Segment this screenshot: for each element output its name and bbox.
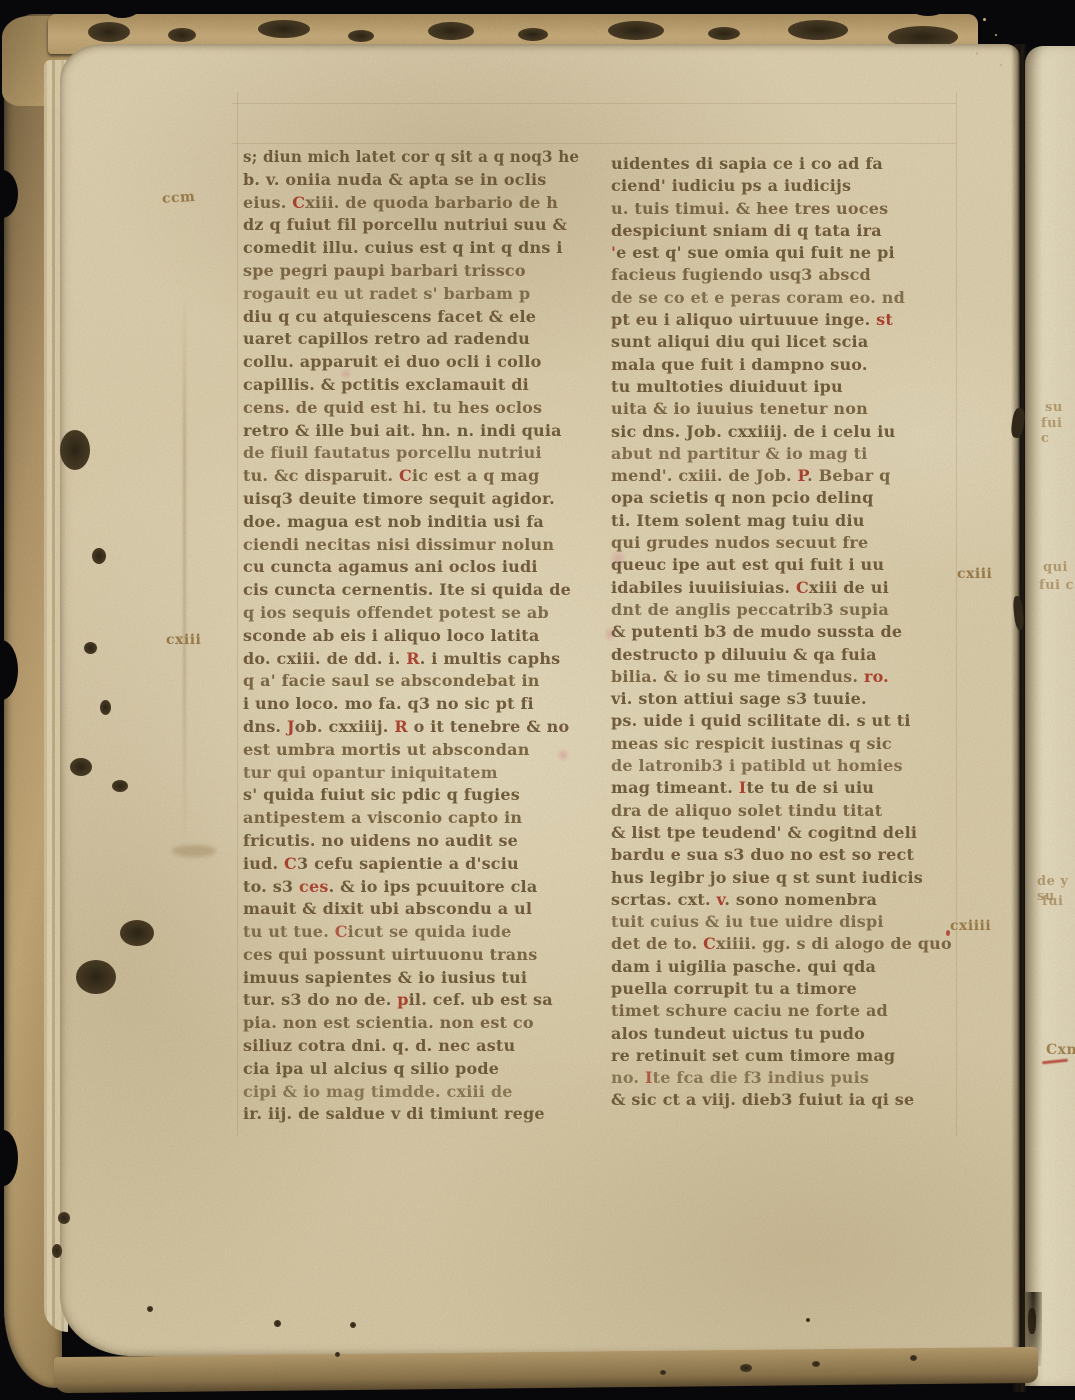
manuscript-text-line: eius. Cxiii. de quoda barbario de h <box>243 192 579 215</box>
dust-speck <box>976 52 978 55</box>
worm-damage <box>70 758 92 776</box>
manuscript-text-line: dam i uigilia pasche. qui qda <box>611 956 952 978</box>
rubric-mark: C <box>335 922 348 941</box>
rubric-mark: C <box>796 578 809 597</box>
manuscript-text-line: & list tpe teudend' & cogitnd deli <box>611 822 952 844</box>
manuscript-text-line: b. v. oniia nuda & apta se in oclis <box>243 169 579 192</box>
manuscript-text-line: do. cxiii. de dd. i. R. i multis caphs <box>243 648 579 671</box>
manuscript-text-line: dnt de anglis peccatrib3 supia <box>611 599 952 621</box>
rubric-mark: I <box>645 1068 653 1087</box>
ruling-line <box>237 92 238 1136</box>
gutter-shadow <box>1011 44 1027 1392</box>
worm-damage <box>60 430 90 470</box>
manuscript-text-line: facieus fugiendo usq3 abscd <box>611 264 952 286</box>
wormhole <box>147 1306 153 1312</box>
rubric-mark: C <box>703 934 716 953</box>
manuscript-text-line: queuc ipe aut est qui fuit i uu <box>611 554 952 576</box>
manuscript-text-line: pia. non est scientia. non est co <box>243 1012 579 1035</box>
manuscript-text-line: scrtas. cxt. v. sono nomenbra <box>611 889 952 911</box>
rubric-mark: ro. <box>864 667 889 686</box>
manuscript-text-line: vi. ston attiui sage s3 tuuie. <box>611 688 952 710</box>
worm-damage <box>112 780 128 792</box>
manuscript-text-line: dra de aliquo solet tindu titat <box>611 800 952 822</box>
flap-hole <box>708 27 740 40</box>
manuscript-text-line: timet schure caciu ne forte ad <box>611 1000 952 1022</box>
rubric-mark: v <box>717 890 725 909</box>
manuscript-text-line: uaret capillos retro ad radendu <box>243 328 579 351</box>
manuscript-text-line: cipi & io mag timdde. cxiii de <box>243 1081 579 1104</box>
wormhole <box>910 1355 917 1361</box>
manuscript-text-line: ps. uide i quid scilitate di. s ut ti <box>611 710 952 732</box>
margin-note: cxiii <box>166 632 201 648</box>
manuscript-text-line: qui grudes nudos secuut fre <box>611 532 952 554</box>
ruling-line <box>232 143 956 144</box>
flap-hole <box>88 22 130 42</box>
edge-bite <box>430 0 470 14</box>
manuscript-text-line: antipestem a visconio capto in <box>243 807 579 830</box>
manuscript-text-line: mend'. cxiii. de Job. P. Bebar q <box>611 465 952 487</box>
manuscript-text-line: meas sic respicit iustinas q sic <box>611 733 952 755</box>
manuscript-text-line: uisq3 deuite timore sequit agidor. <box>243 488 579 511</box>
margin-note: ccm <box>161 189 195 207</box>
manuscript-text-line: 'e est q' sue omia qui fuit ne pi <box>611 242 952 264</box>
facing-page-note: qui <box>1043 560 1068 575</box>
manuscript-text-line: s; diun mich latet cor q sit a q noq3 he <box>243 146 561 169</box>
wormhole <box>806 1318 810 1322</box>
manuscript-text-line: ti. Item solent mag tuiu diu <box>611 510 952 532</box>
manuscript-photo: s; diun mich latet cor q sit a q noq3 he… <box>0 0 1075 1400</box>
manuscript-text-line: tur. s3 do no de. pil. cef. ub est sa <box>243 989 579 1012</box>
manuscript-text-line: dz q fuiut fil porcellu nutriui suu & <box>243 214 579 237</box>
manuscript-text-line: & putenti b3 de mudo sussta de <box>611 621 952 643</box>
rubric-mark: P <box>798 466 808 485</box>
vellum-crease <box>183 290 186 850</box>
margin-note: cxiii <box>957 566 992 582</box>
facing-page-chapter-note: Cxm <box>1046 1042 1075 1058</box>
worm-damage <box>58 1212 70 1224</box>
manuscript-text-line: q ios sequis offendet potest se ab <box>243 602 579 625</box>
manuscript-text-line: ciend' iudiciu ps a iudicijs <box>611 175 952 197</box>
worm-damage <box>84 642 97 654</box>
manuscript-text-line: pt eu i aliquo uirtuuue inge. st <box>611 309 952 331</box>
manuscript-text-line: cia ipa ul alcius q silio pode <box>243 1058 579 1081</box>
manuscript-text-line: mauit & dixit ubi abscondu a ul <box>243 898 579 921</box>
worm-damage <box>100 700 111 715</box>
manuscript-text-line: no. Ite fca die f3 indius puis <box>611 1067 952 1089</box>
worm-damage <box>76 960 116 994</box>
manuscript-text-line: sunt aliqui diu qui licet scia <box>611 331 952 353</box>
manuscript-text-line: imuus sapientes & io iusius tui <box>243 967 579 990</box>
wormhole <box>274 1320 281 1327</box>
manuscript-text-line: sconde ab eis i aliquo loco latita <box>243 625 579 648</box>
rubric-mark: C <box>292 193 305 212</box>
worm-damage <box>92 548 106 564</box>
manuscript-text-line: rogauit eu ut radet s' barbam p <box>243 283 579 306</box>
rubric-dot <box>946 930 950 936</box>
manuscript-text-line: tu. &c disparuit. Cic est a q mag <box>243 465 579 488</box>
wormhole <box>350 1322 356 1328</box>
manuscript-text-line: hus legibr jo siue q st sunt iudicis <box>611 867 952 889</box>
rubric-mark: I <box>739 778 747 797</box>
manuscript-text-line: ir. iij. de saldue v di timiunt rege <box>243 1103 579 1126</box>
manuscript-text-line: diu q cu atquiescens facet & ele <box>243 306 579 329</box>
manuscript-text-line: doe. magua est nob inditia usi fa <box>243 511 579 534</box>
worm-damage <box>52 1244 62 1258</box>
manuscript-text-line: to. s3 ces. & io ips pcuuitore cla <box>243 876 579 899</box>
manuscript-text-line: cis cuncta cernentis. Ite si quida de <box>243 579 579 602</box>
manuscript-text-line: re retinuit set cum timore mag <box>611 1045 952 1067</box>
facing-page-note: su <box>1045 400 1063 415</box>
manuscript-text-line: sic dns. Job. cxxiiij. de i celu iu <box>611 421 952 443</box>
rubric-mark: J <box>287 717 295 736</box>
facing-page-note: fui c <box>1041 416 1075 446</box>
manuscript-text-line: tu ut tue. Cicut se quida iude <box>243 921 579 944</box>
manuscript-text-line: mala que fuit i dampno suo. <box>611 354 952 376</box>
manuscript-text-line: puella corrupit tu a timore <box>611 978 952 1000</box>
manuscript-text-line: siliuz cotra dni. q. d. nec astu <box>243 1035 579 1058</box>
dust-speck <box>983 18 986 21</box>
rubric-mark: st <box>876 310 893 329</box>
rubric-mark: C <box>284 854 297 873</box>
wormhole <box>740 1364 752 1372</box>
manuscript-text-line: ciendi necitas nisi dissimur nolun <box>243 534 579 557</box>
wormhole <box>335 1352 340 1357</box>
rubric-mark: C <box>399 466 412 485</box>
manuscript-text-line: de latronib3 i patibld ut homies <box>611 755 952 777</box>
manuscript-text-line: despiciunt sniam di q tata ira <box>611 220 952 242</box>
text-column-right: uidentes di sapia ce i co ad faciend' iu… <box>611 153 952 1112</box>
manuscript-text-line: abut nd partitur & io mag ti <box>611 443 952 465</box>
manuscript-text-line: uita & io iuuius tenetur non <box>611 398 952 420</box>
flap-hole <box>608 21 664 40</box>
dust-speck <box>995 34 997 36</box>
next-page-edge <box>1025 46 1075 1386</box>
flap-hole <box>168 28 196 42</box>
manuscript-text-line: bilia. & io su me timendus. ro. <box>611 666 952 688</box>
flap-hole <box>258 20 310 38</box>
flap-hole <box>518 28 548 41</box>
manuscript-text-line: iud. C3 cefu sapientie a d'sciu <box>243 853 579 876</box>
manuscript-text-line: opa scietis q non pcio delinq <box>611 487 952 509</box>
worm-damage <box>120 920 154 946</box>
manuscript-text-line: u. tuis timui. & hee tres uoces <box>611 198 952 220</box>
manuscript-text-line: tuit cuius & iu tue uidre dispi <box>611 911 952 933</box>
rubric-mark: p <box>397 990 408 1009</box>
rubric-mark: ces <box>299 877 329 896</box>
manuscript-text-line: destructo p diluuiu & qa fuia <box>611 644 952 666</box>
manuscript-text-line: fricutis. no uidens no audit se <box>243 830 579 853</box>
wormhole <box>660 1370 666 1375</box>
edge-bite <box>640 0 676 14</box>
erased-note-smudge <box>172 845 216 857</box>
manuscript-text-line: uidentes di sapia ce i co ad fa <box>611 153 952 175</box>
manuscript-text-line: idabiles iuuiisiuias. Cxiii de ui <box>611 577 952 599</box>
ruling-line <box>956 92 957 1136</box>
manuscript-text-line: q a' facie saul se abscondebat in <box>243 670 579 693</box>
manuscript-text-line: cu cuncta agamus ani oclos iudi <box>243 556 579 579</box>
manuscript-text-line: tu multoties diuiduut ipu <box>611 376 952 398</box>
wormhole <box>812 1361 820 1367</box>
rubric-mark: R <box>406 649 420 668</box>
manuscript-text-line: collu. apparuit ei duo ocli i collo <box>243 351 579 374</box>
manuscript-text-line: retro & ille bui ait. hn. n. indi quia <box>243 420 579 443</box>
manuscript-text-line: de fiuil fautatus porcellu nutriui <box>243 442 579 465</box>
manuscript-text-line: de se co et e peras coram eo. nd <box>611 287 952 309</box>
manuscript-text-line: s' quida fuiut sic pdic q fugies <box>243 784 579 807</box>
manuscript-text-line: bardu e sua s3 duo no est so rect <box>611 844 952 866</box>
flap-hole <box>428 22 474 40</box>
manuscript-text-line: spe pegri paupi barbari trissco <box>243 260 579 283</box>
flap-hole <box>788 20 848 40</box>
manuscript-text-line: tur qui opantur iniquitatem <box>243 762 579 785</box>
manuscript-text-line: & sic ct a viij. dieb3 fuiut ia qi se <box>611 1089 952 1111</box>
manuscript-text-line: alos tundeut uictus tu pudo <box>611 1023 952 1045</box>
facing-page-note: fui <box>1042 894 1063 909</box>
manuscript-text-line: ces qui possunt uirtuuonu trans <box>243 944 579 967</box>
rubric-mark: R <box>394 717 408 736</box>
manuscript-text-line: det de to. Cxiiii. gg. s di alogo de quo <box>611 933 951 955</box>
manuscript-text-line: mag timeant. Ite tu de si uiu <box>611 777 952 799</box>
manuscript-text-line: cens. de quid est hi. tu hes oclos <box>243 397 579 420</box>
manuscript-text-line: dns. Job. cxxiiij. R o it tenebre & no <box>243 716 579 739</box>
flap-hole <box>348 30 374 42</box>
text-column-left: s; diun mich latet cor q sit a q noq3 he… <box>243 146 579 1126</box>
edge-bite <box>260 0 294 14</box>
manuscript-text-line: capillis. & pctitis exclamauit di <box>243 374 579 397</box>
manuscript-text-line: i uno loco. mo fa. q3 no sic pt fi <box>243 693 579 716</box>
rubric-mark: ' <box>611 243 616 262</box>
ruling-line <box>232 103 956 104</box>
manuscript-text-line: est umbra mortis ut abscondan <box>243 739 579 762</box>
manuscript-text-line: comedit illu. cuius est q int q dns i <box>243 237 579 260</box>
margin-note: cxiiii <box>950 918 991 934</box>
facing-page-note: fui c <box>1039 578 1074 593</box>
dust-speck <box>1000 64 1002 66</box>
